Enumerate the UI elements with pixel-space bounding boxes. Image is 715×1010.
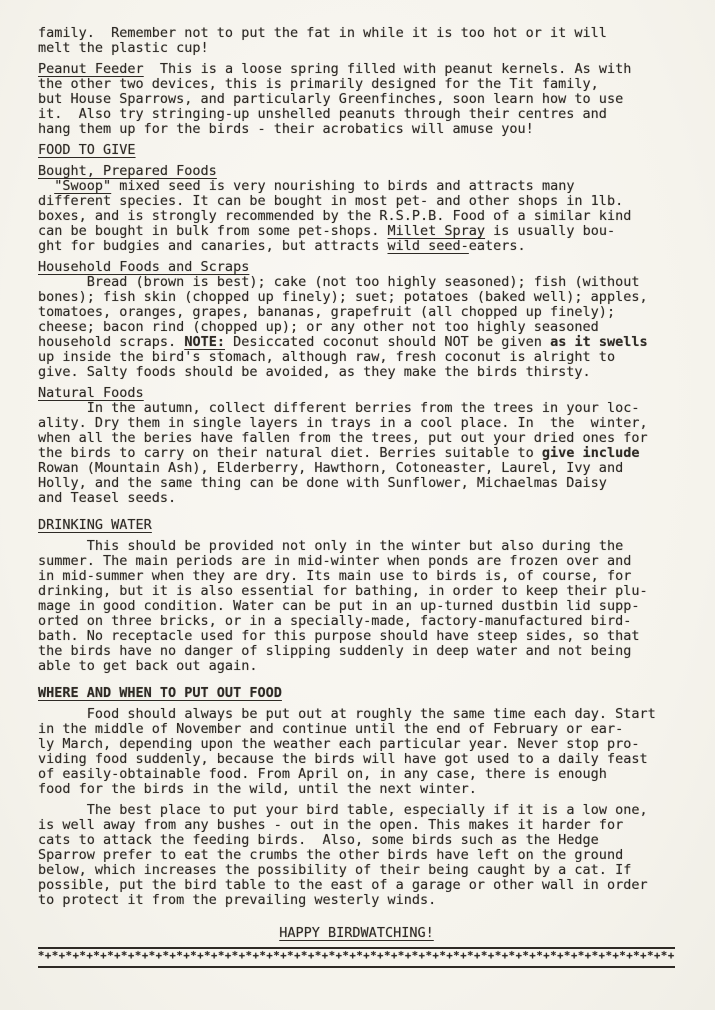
put-out-food-paragraph-2-text: The best place to put your bird table, e… <box>38 802 648 908</box>
household-foods-paragraph-text: up inside the bird's stomach, although r… <box>38 349 615 380</box>
subheading-bought-prepared-foods: Bought, Prepared Foods <box>38 164 675 179</box>
subheading-bought-prepared-foods-text: Bought, Prepared Foods <box>38 163 217 179</box>
intro-paragraph-text: family. Remember not to put the fat in w… <box>38 25 607 56</box>
household-foods-paragraph-text: Desiccated coconut should NOT be given <box>225 334 550 350</box>
document-body: family. Remember not to put the fat in w… <box>38 26 675 941</box>
bought-prepared-foods-paragraph-text: wild seed- <box>388 238 469 254</box>
decorative-border: *+*+*+*+*+*+*+*+*+*+*+*+*+*+*+*+*+*+*+*+… <box>38 947 675 968</box>
natural-foods-paragraph-text: Rowan (Mountain Ash), Elderberry, Hawtho… <box>38 460 623 506</box>
subheading-natural-foods: Natural Foods <box>38 386 675 401</box>
heading-food-to-give: FOOD TO GIVE <box>38 143 675 158</box>
household-foods-paragraph-text: NOTE: <box>184 334 225 350</box>
bought-prepared-foods-paragraph: "Swoop" mixed seed is very nourishing to… <box>38 179 675 254</box>
document-page: family. Remember not to put the fat in w… <box>0 0 715 968</box>
heading-where-and-when-text: WHERE AND WHEN TO PUT OUT FOOD <box>38 685 282 701</box>
bought-prepared-foods-paragraph-text: Millet Spray <box>388 223 486 239</box>
subheading-household-foods: Household Foods and Scraps <box>38 260 675 275</box>
bought-prepared-foods-paragraph-text: "Swoop" <box>54 178 111 194</box>
closing-heading-text: HAPPY BIRDWATCHING! <box>279 925 433 941</box>
border-pattern-text: *+*+*+*+*+*+*+*+*+*+*+*+*+*+*+*+*+*+*+*+… <box>38 950 675 962</box>
put-out-food-paragraph-2: The best place to put your bird table, e… <box>38 803 675 908</box>
heading-food-to-give-text: FOOD TO GIVE <box>38 142 136 158</box>
intro-paragraph: family. Remember not to put the fat in w… <box>38 26 675 56</box>
heading-drinking-water-text: DRINKING WATER <box>38 517 152 533</box>
subheading-household-foods-text: Household Foods and Scraps <box>38 259 249 275</box>
peanut-feeder-paragraph: Peanut Feeder This is a loose spring fil… <box>38 62 675 137</box>
household-foods-paragraph-text: as it swells <box>550 334 648 350</box>
closing-heading: HAPPY BIRDWATCHING! <box>38 926 675 941</box>
put-out-food-paragraph-1-text: Food should always be put out at roughly… <box>38 706 656 797</box>
peanut-feeder-paragraph-text: Peanut Feeder <box>38 61 144 77</box>
natural-foods-paragraph: In the autumn, collect different berries… <box>38 401 675 506</box>
bought-prepared-foods-paragraph-text <box>38 178 54 194</box>
subheading-natural-foods-text: Natural Foods <box>38 385 144 401</box>
bought-prepared-foods-paragraph-text: eaters. <box>469 238 526 254</box>
heading-drinking-water: DRINKING WATER <box>38 518 675 533</box>
natural-foods-paragraph-text: give include <box>542 445 640 461</box>
drinking-water-paragraph: This should be provided not only in the … <box>38 539 675 674</box>
put-out-food-paragraph-1: Food should always be put out at roughly… <box>38 707 675 797</box>
drinking-water-paragraph-text: This should be provided not only in the … <box>38 538 648 674</box>
household-foods-paragraph: Bread (brown is best); cake (not too hig… <box>38 275 675 380</box>
heading-where-and-when: WHERE AND WHEN TO PUT OUT FOOD <box>38 686 675 701</box>
